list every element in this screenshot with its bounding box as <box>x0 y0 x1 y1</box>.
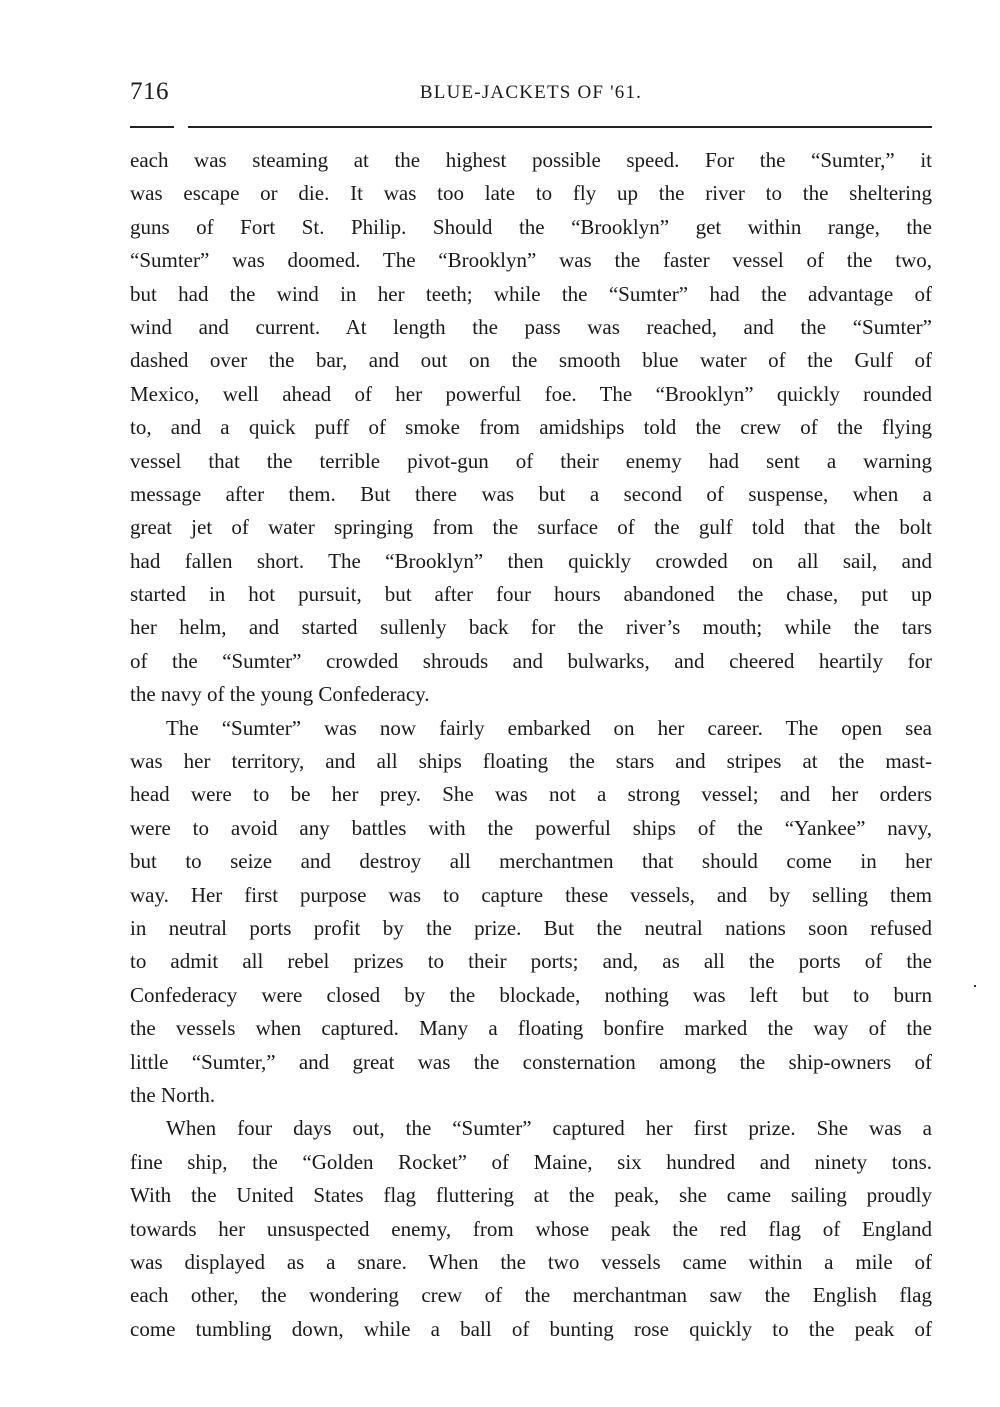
paragraph-2: The “Sumter” was now fairly embarked on … <box>130 712 932 1113</box>
text-line: come tumbling down, while a ball of bunt… <box>130 1313 932 1346</box>
text-line: little “Sumter,” and great was the const… <box>130 1046 932 1079</box>
text-line: had fallen short. The “Brooklyn” then qu… <box>130 545 932 578</box>
text-line: was her territory, and all ships floatin… <box>130 745 932 778</box>
text-line: message after them. But there was but a … <box>130 478 932 511</box>
rule-segment <box>130 126 174 128</box>
text-line: were to avoid any battles with the power… <box>130 812 932 845</box>
text-line: was escape or die. It was too late to fl… <box>130 177 932 210</box>
text-line: the vessels when captured. Many a floati… <box>130 1012 932 1045</box>
text-line: fine ship, the “Golden Rocket” of Maine,… <box>130 1146 932 1179</box>
text-line: dashed over the bar, and out on the smoo… <box>130 344 932 377</box>
text-line: her helm, and started sullenly back for … <box>130 611 932 644</box>
header-rule <box>130 126 932 128</box>
text-line: started in hot pursuit, but after four h… <box>130 578 932 611</box>
text-line: towards her unsuspected enemy, from whos… <box>130 1213 932 1246</box>
text-line: great jet of water springing from the su… <box>130 511 932 544</box>
text-line: The “Sumter” was now fairly embarked on … <box>130 712 932 745</box>
text-line: With the United States flag fluttering a… <box>130 1179 932 1212</box>
text-line: way. Her first purpose was to capture th… <box>130 879 932 912</box>
paragraph-1: each was steaming at the highest possibl… <box>130 144 932 712</box>
text-line: “Sumter” was doomed. The “Brooklyn” was … <box>130 244 932 277</box>
text-line: vessel that the terrible pivot-gun of th… <box>130 445 932 478</box>
text-line: the North. <box>130 1079 932 1112</box>
text-line: to, and a quick puff of smoke from amids… <box>130 411 932 444</box>
text-line: of the “Sumter” crowded shrouds and bulw… <box>130 645 932 678</box>
text-line: but to seize and destroy all merchantmen… <box>130 845 932 878</box>
paragraph-3: When four days out, the “Sumter” capture… <box>130 1112 932 1346</box>
text-line: Confederacy were closed by the blockade,… <box>130 979 932 1012</box>
text-line: head were to be her prey. She was not a … <box>130 778 932 811</box>
text-line: was displayed as a snare. When the two v… <box>130 1246 932 1279</box>
body-text: each was steaming at the highest possibl… <box>130 144 932 1346</box>
text-line: wind and current. At length the pass was… <box>130 311 932 344</box>
running-head: 716 BLUE-JACKETS OF '61. <box>130 78 932 112</box>
running-title: BLUE-JACKETS OF '61. <box>130 82 932 104</box>
text-line: When four days out, the “Sumter” capture… <box>130 1112 932 1145</box>
text-line: each other, the wondering crew of the me… <box>130 1279 932 1312</box>
scan-speck <box>974 985 976 987</box>
text-line: but had the wind in her teeth; while the… <box>130 278 932 311</box>
text-line: Mexico, well ahead of her powerful foe. … <box>130 378 932 411</box>
text-line: to admit all rebel prizes to their ports… <box>130 945 932 978</box>
rule-segment <box>188 126 932 128</box>
text-line: each was steaming at the highest possibl… <box>130 144 932 177</box>
text-line: guns of Fort St. Philip. Should the “Bro… <box>130 211 932 244</box>
text-line: the navy of the young Confederacy. <box>130 678 932 711</box>
text-line: in neutral ports profit by the prize. Bu… <box>130 912 932 945</box>
